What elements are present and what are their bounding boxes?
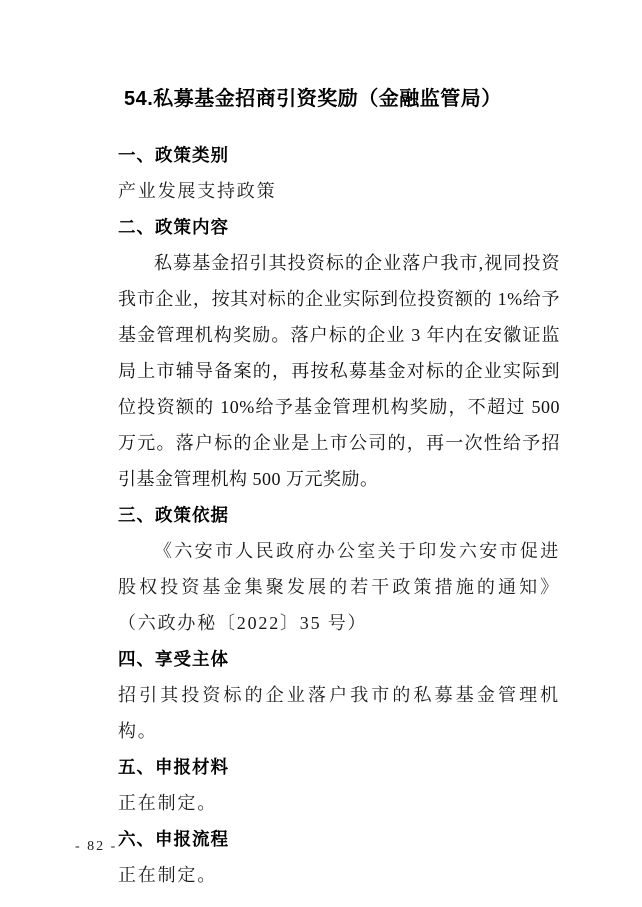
- document-section: 六、申报流程 正在制定。: [118, 821, 560, 893]
- document-section: 一、政策类别 产业发展支持政策: [118, 137, 560, 209]
- section-paragraph: 私募基金招引其投资标的企业落户我市,视同投资我市企业，按其对标的企业实际到位投资…: [118, 245, 560, 497]
- section-heading: 六、申报流程: [118, 821, 560, 857]
- section-paragraph: 《六安市人民政府办公室关于印发六安市促进股权投资基金集聚发展的若干政策措施的通知…: [118, 533, 560, 641]
- section-heading: 五、申报材料: [118, 749, 560, 785]
- section-heading: 二、政策内容: [118, 209, 560, 245]
- section-heading: 三、政策依据: [118, 497, 560, 533]
- section-paragraph: 正在制定。: [118, 785, 560, 821]
- document-title: 54.私募基金招商引资奖励（金融监管局）: [124, 84, 560, 114]
- document-sections: 一、政策类别 产业发展支持政策 二、政策内容 私募基金招引其投资标的企业落户我市…: [118, 137, 560, 893]
- section-paragraph: 产业发展支持政策: [118, 173, 560, 209]
- section-heading: 一、政策类别: [118, 137, 560, 173]
- section-paragraph: 招引其投资标的企业落户我市的私募基金管理机构。: [118, 677, 560, 749]
- document-section: 二、政策内容 私募基金招引其投资标的企业落户我市,视同投资我市企业，按其对标的企…: [118, 209, 560, 497]
- section-paragraph: 正在制定。: [118, 857, 560, 893]
- document-section: 四、享受主体 招引其投资标的企业落户我市的私募基金管理机构。: [118, 641, 560, 749]
- document-page: 54.私募基金招商引资奖励（金融监管局） 一、政策类别 产业发展支持政策 二、政…: [0, 0, 642, 907]
- document-section: 五、申报材料 正在制定。: [118, 749, 560, 821]
- document-section: 三、政策依据 《六安市人民政府办公室关于印发六安市促进股权投资基金集聚发展的若干…: [118, 497, 560, 641]
- section-heading: 四、享受主体: [118, 641, 560, 677]
- page-number: - 82 -: [75, 839, 117, 855]
